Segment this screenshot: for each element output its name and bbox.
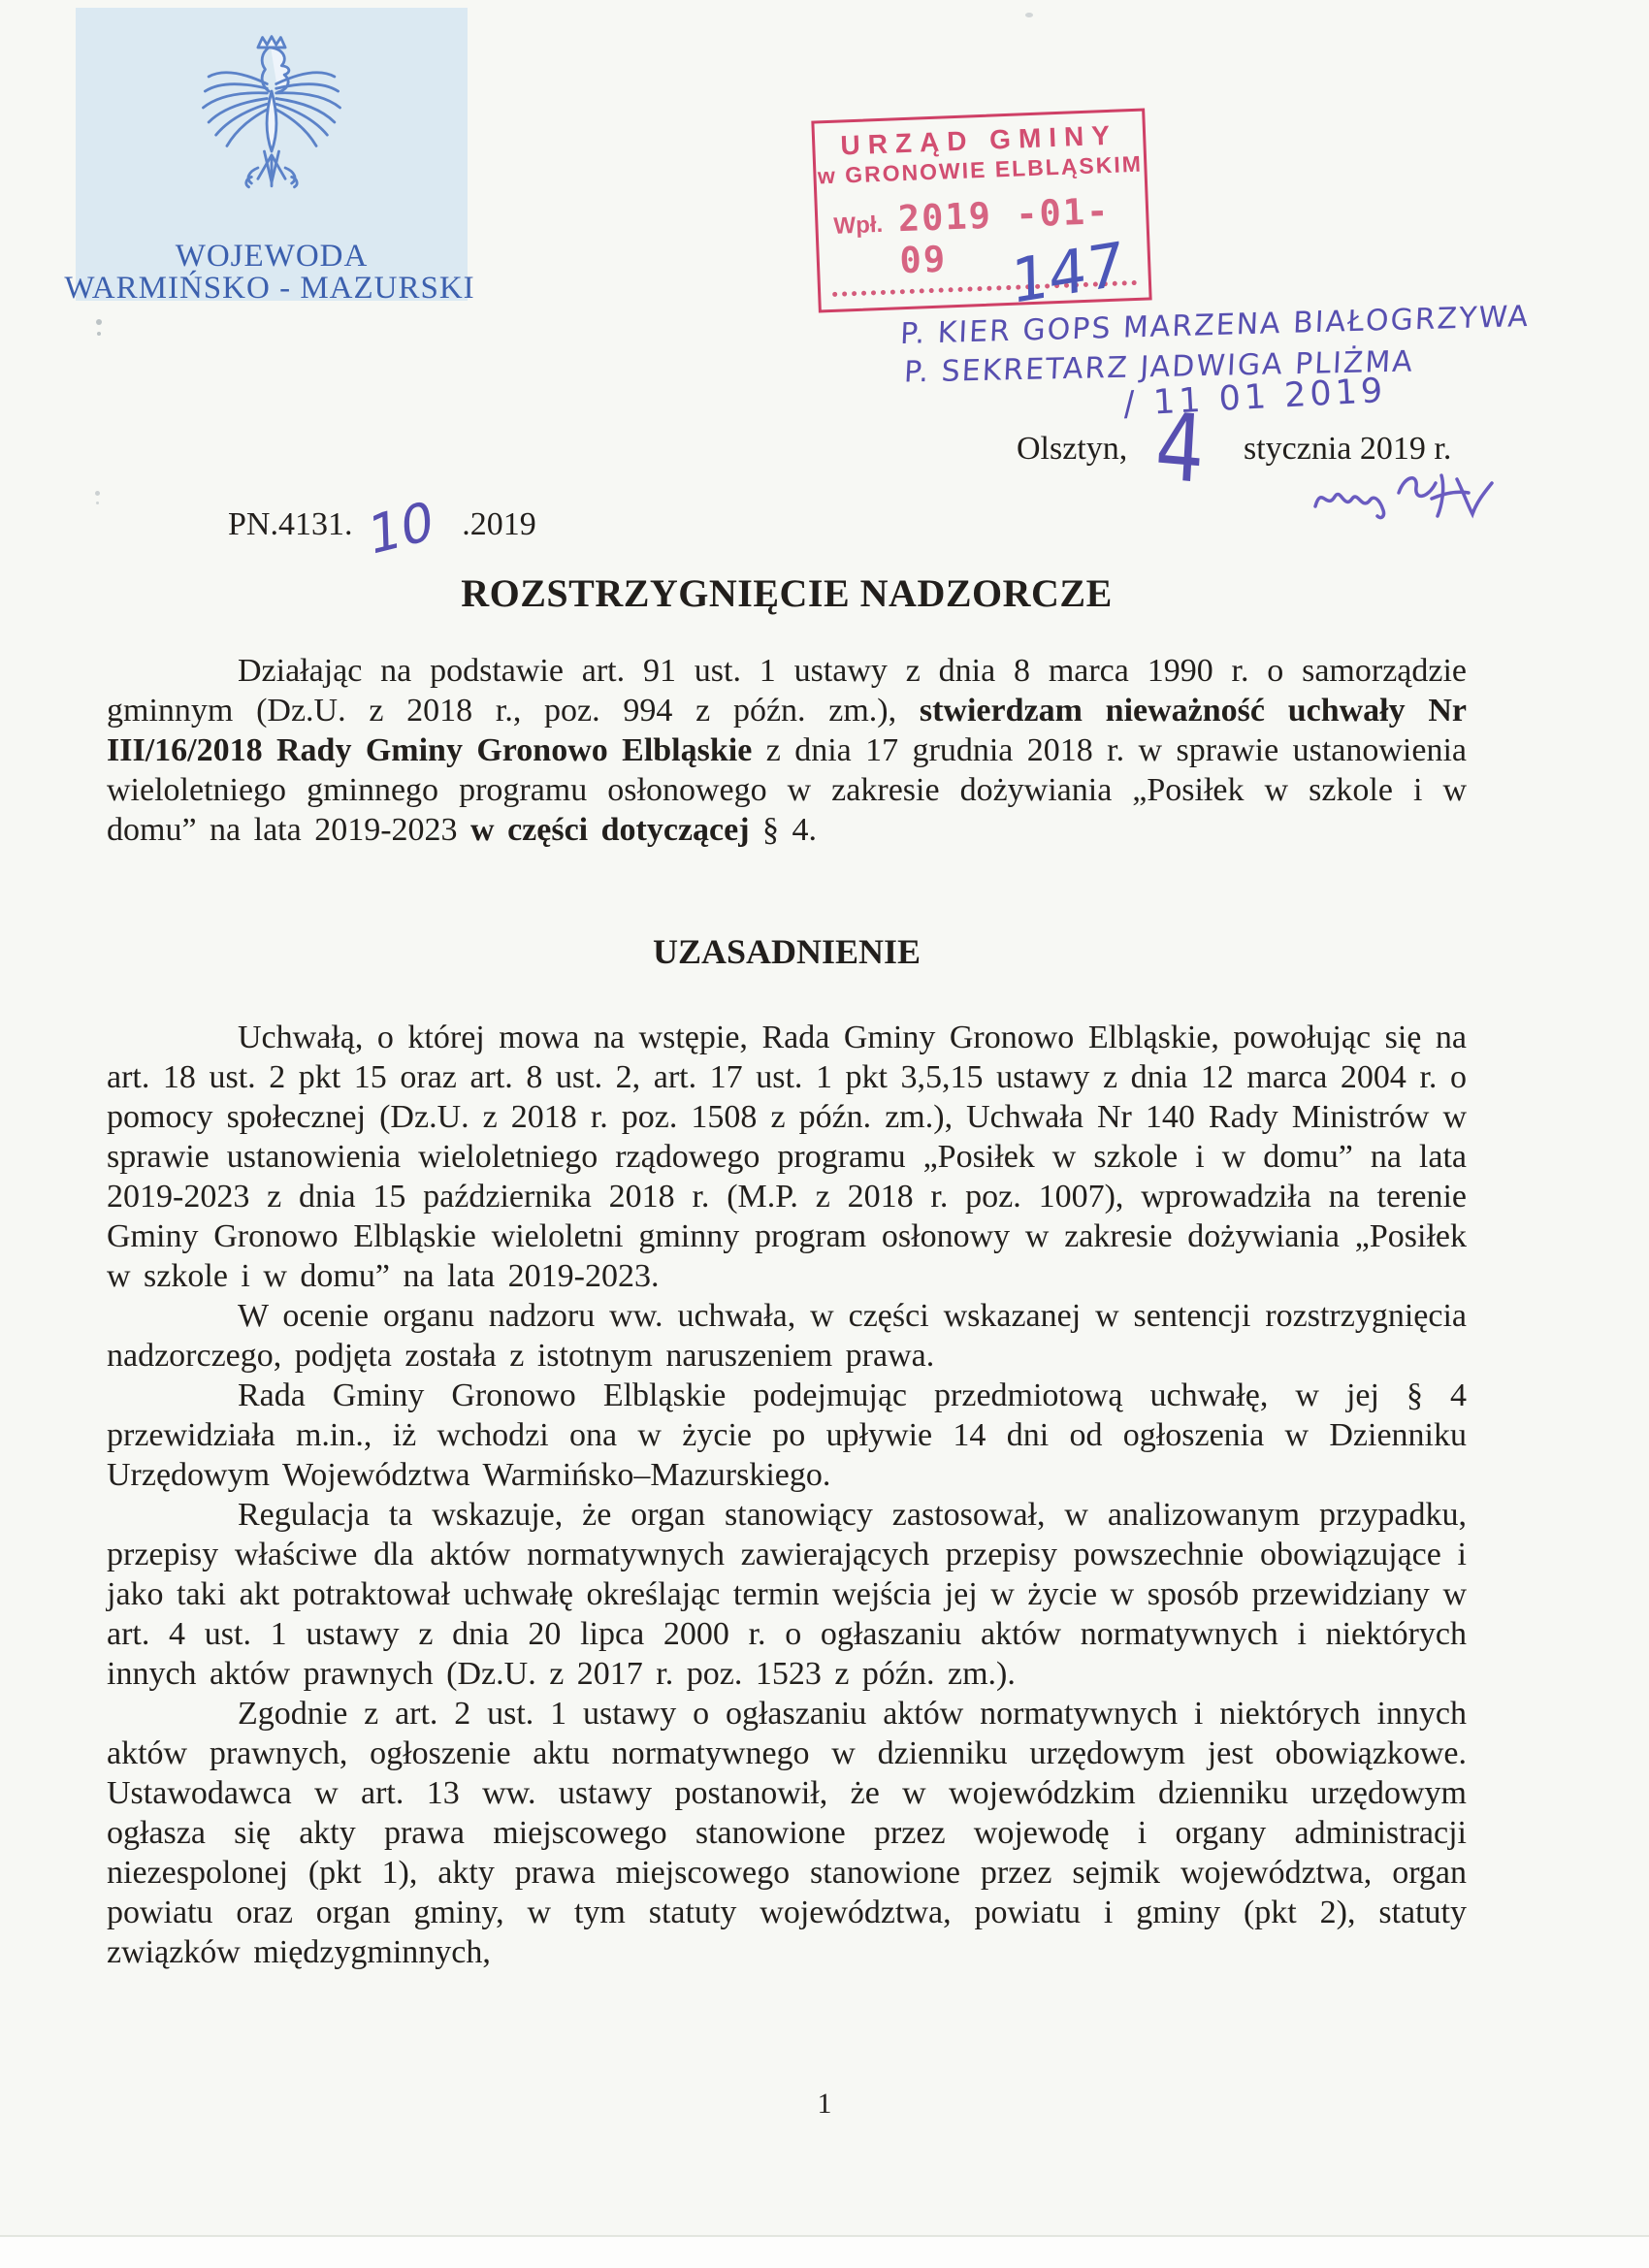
letterhead-title: WOJEWODA [76, 239, 468, 275]
section-heading: UZASADNIENIE [107, 931, 1467, 972]
handwritten-signature [1309, 456, 1499, 537]
operative-paragraph: Działając na podstawie art. 91 ust. 1 us… [107, 651, 1467, 850]
reference-suffix: .2019 [462, 506, 536, 542]
operative-bold-scope: w części dotyczącej [470, 812, 750, 848]
body-paragraph: Zgodnie z art. 2 ust. 1 ustawy o ogłasza… [107, 1694, 1467, 1972]
place-label: Olsztyn, [1017, 431, 1127, 468]
letterhead-subtitle: WARMIŃSKO - MAZURSKI [47, 271, 493, 307]
operative-text: § 4. [750, 812, 818, 848]
reference-handwritten-number: 10 [369, 494, 436, 564]
date-suffix: stycznia 2019 r. [1244, 431, 1451, 468]
reference-prefix: PN.4131. [228, 506, 352, 542]
body-paragraph: Regulacja ta wskazuje, że organ stanowią… [107, 1495, 1467, 1694]
scan-speck [1025, 13, 1033, 17]
letterhead: WOJEWODA WARMIŃSKO - MAZURSKI [76, 8, 468, 301]
scan-speck [96, 319, 102, 325]
body-paragraph: Rada Gminy Gronowo Elbląskie podejmując … [107, 1376, 1467, 1495]
reference-number: PN.4131.10.2019 [228, 502, 536, 555]
body-paragraph: W ocenie organu nadzoru ww. uchwała, w c… [107, 1296, 1467, 1376]
scan-edge [0, 2235, 1649, 2268]
document-title: ROZSTRZYGNIĘCIE NADZORCZE [107, 570, 1467, 616]
received-stamp: URZĄD GMINY w GRONOWIE ELBLĄSKIM Wpł. 20… [811, 108, 1151, 312]
stamp-received-label: Wpł. [833, 211, 884, 241]
page-number: 1 [0, 2088, 1649, 2121]
scan-speck [95, 491, 100, 496]
body-paragraph: Uchwałą, o której mowa na wstępie, Rada … [107, 1018, 1467, 1296]
handwritten-note-line1: P. KIER GOPS MARZENA BIAŁOGRZYWA [899, 300, 1530, 351]
justification-body: Uchwałą, o której mowa na wstępie, Rada … [107, 1018, 1467, 1972]
polish-eagle-coat-of-arms-icon [189, 31, 354, 213]
handwritten-day-number: 4 [1153, 400, 1207, 497]
scanned-document-page: WOJEWODA WARMIŃSKO - MAZURSKI URZĄD GMIN… [0, 0, 1649, 2268]
